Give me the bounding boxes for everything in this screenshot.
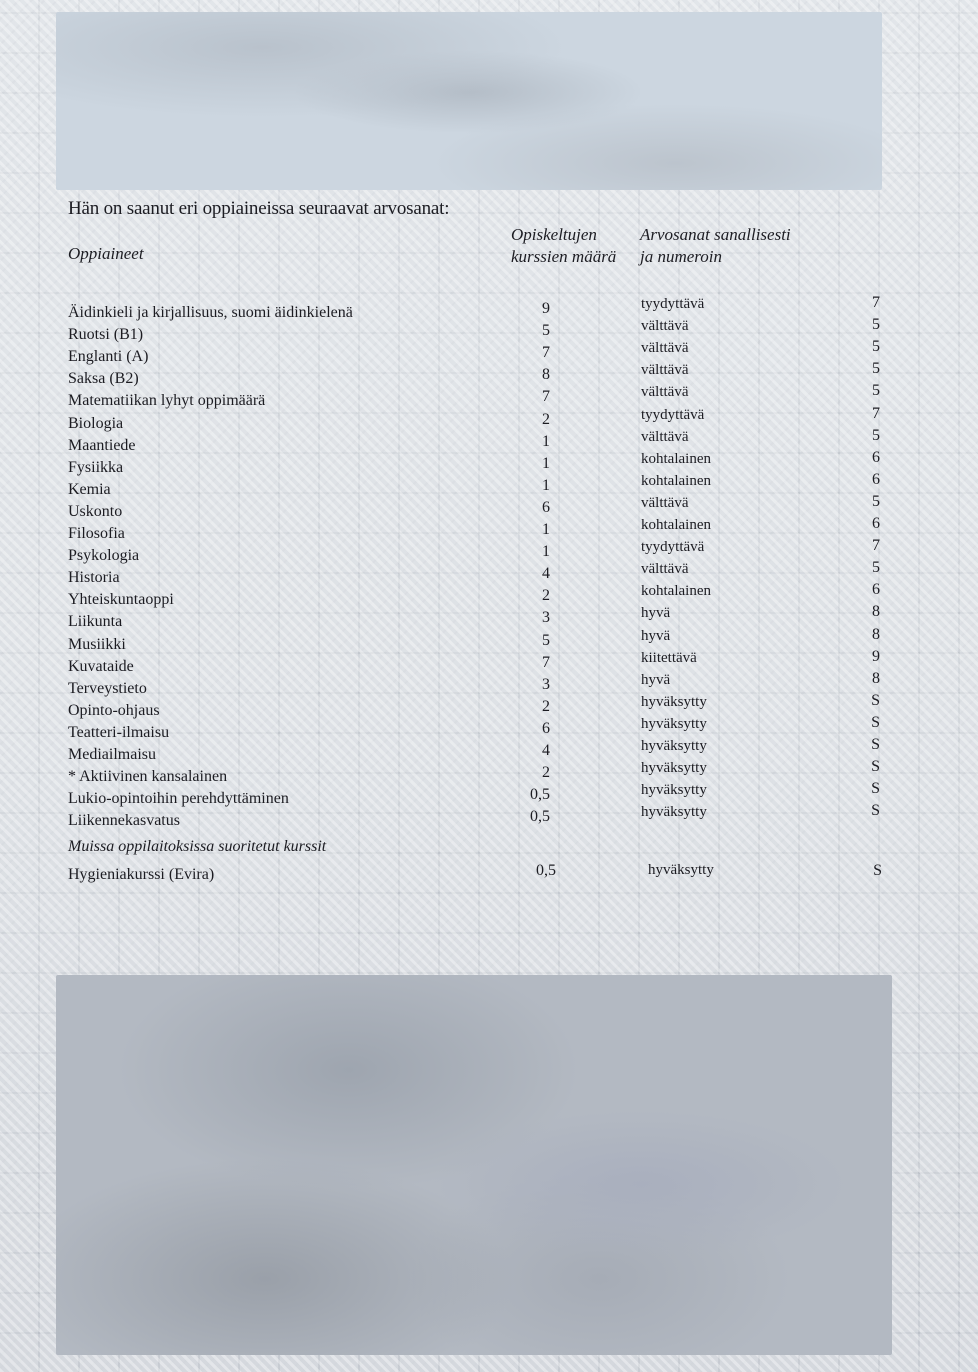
table-row: Matematiikan lyhyt oppimäärä7välttävä5: [0, 388, 978, 410]
subject-name: Biologia: [68, 415, 123, 433]
column-header-grades-line1: Arvosanat sanallisesti: [640, 224, 791, 246]
subject-name: Liikennekasvatus: [68, 812, 180, 830]
grade-word: välttävä: [641, 561, 688, 578]
course-count: 0,5: [500, 786, 550, 804]
grade-word: kohtalainen: [641, 451, 711, 468]
table-row: Biologia2tyydyttävä7: [0, 411, 978, 433]
course-count: 7: [500, 388, 550, 406]
subject-name: Historia: [68, 569, 120, 587]
grade-word: hyväksytty: [648, 862, 714, 879]
course-count: 5: [500, 322, 550, 340]
course-count: 6: [500, 499, 550, 517]
grade-word: tyydyttävä: [641, 296, 704, 313]
subject-name: * Aktiivinen kansalainen: [68, 768, 227, 786]
grade-word: kohtalainen: [641, 517, 711, 534]
course-count: 7: [500, 344, 550, 362]
grade-word: hyväksytty: [641, 760, 707, 777]
subject-name: Saksa (B2): [68, 370, 139, 388]
table-row: Kuvataide7kiitettävä9: [0, 654, 978, 676]
grade-word: kohtalainen: [641, 583, 711, 600]
grade-number: 5: [840, 493, 880, 511]
course-count: 5: [500, 632, 550, 650]
course-count: 1: [500, 543, 550, 561]
grade-number: S: [840, 692, 880, 710]
grade-number: 5: [840, 360, 880, 378]
grade-number: 7: [840, 537, 880, 555]
redacted-header-region: [56, 12, 882, 190]
subject-name: Terveystieto: [68, 680, 147, 698]
subject-name: Liikunta: [68, 613, 122, 631]
table-row: Maantiede1välttävä5: [0, 433, 978, 455]
course-count: 7: [500, 654, 550, 672]
grade-word: välttävä: [641, 384, 688, 401]
table-row: Opinto-ohjaus2hyväksyttyS: [0, 698, 978, 720]
table-row: Uskonto6välttävä5: [0, 499, 978, 521]
grade-number: 7: [840, 294, 880, 312]
subject-name: Mediailmaisu: [68, 746, 156, 764]
course-count: 2: [500, 587, 550, 605]
column-header-grades: Arvosanat sanallisesti ja numeroin: [640, 224, 791, 268]
course-count: 4: [500, 742, 550, 760]
grade-number: 6: [840, 471, 880, 489]
subject-name: Yhteiskuntaoppi: [68, 591, 174, 609]
grade-word: välttävä: [641, 362, 688, 379]
grade-word: hyväksytty: [641, 804, 707, 821]
grade-number: 7: [840, 405, 880, 423]
grade-word: hyväksytty: [641, 782, 707, 799]
grade-word: tyydyttävä: [641, 407, 704, 424]
grade-word: välttävä: [641, 429, 688, 446]
table-row: Englanti (A)7välttävä5: [0, 344, 978, 366]
course-count: 2: [500, 411, 550, 429]
table-row: Psykologia1tyydyttävä7: [0, 543, 978, 565]
course-count: 2: [500, 698, 550, 716]
grade-word: hyväksytty: [641, 716, 707, 733]
subject-name: Lukio-opintoihin perehdyttäminen: [68, 790, 289, 808]
subject-name: Matematiikan lyhyt oppimäärä: [68, 392, 265, 410]
grade-number: 6: [840, 515, 880, 533]
grade-word: välttävä: [641, 318, 688, 335]
table-row: * Aktiivinen kansalainen2hyväksyttyS: [0, 764, 978, 786]
grade-word: hyvä: [641, 628, 670, 645]
subject-name: Ruotsi (B1): [68, 326, 143, 344]
course-count: 3: [500, 609, 550, 627]
column-header-subject: Oppiaineet: [68, 243, 144, 265]
subject-name: Äidinkieli ja kirjallisuus, suomi äidink…: [68, 304, 353, 322]
column-header-courses-line1: Opiskeltujen: [511, 224, 616, 246]
table-row: Liikennekasvatus0,5hyväksyttyS: [0, 808, 978, 830]
other-institutions-label: Muissa oppilaitoksissa suoritetut kurssi…: [68, 838, 326, 856]
table-row: Historia4välttävä5: [0, 565, 978, 587]
table-row: Yhteiskuntaoppi2kohtalainen6: [0, 587, 978, 609]
course-count: 1: [500, 433, 550, 451]
subject-name: Musiikki: [68, 636, 126, 654]
course-count: 1: [500, 455, 550, 473]
subject-name: Uskonto: [68, 503, 122, 521]
grade-word: hyvä: [641, 605, 670, 622]
table-row: Mediailmaisu4hyväksyttyS: [0, 742, 978, 764]
table-row: Ruotsi (B1)5välttävä5: [0, 322, 978, 344]
grade-word: kohtalainen: [641, 473, 711, 490]
subject-name: Englanti (A): [68, 348, 148, 366]
course-count: 4: [500, 565, 550, 583]
grade-number: 5: [840, 559, 880, 577]
grade-word: hyväksytty: [641, 738, 707, 755]
column-header-courses: Opiskeltujen kurssien määrä: [511, 224, 616, 268]
course-count: 9: [500, 300, 550, 318]
course-count: 3: [500, 676, 550, 694]
grade-number: S: [840, 780, 880, 798]
table-row: Musiikki5hyvä8: [0, 632, 978, 654]
grade-number: 5: [840, 427, 880, 445]
table-row: Saksa (B2)8välttävä5: [0, 366, 978, 388]
column-header-grades-line2: ja numeroin: [640, 246, 791, 268]
table-row: Liikunta3hyvä8: [0, 609, 978, 631]
course-count: 1: [500, 521, 550, 539]
table-row: Äidinkieli ja kirjallisuus, suomi äidink…: [0, 300, 978, 322]
grade-number: 8: [840, 603, 880, 621]
grade-number: S: [840, 736, 880, 754]
course-count: 0,5: [500, 808, 550, 826]
grade-number: 8: [840, 670, 880, 688]
table-row: Fysiikka1kohtalainen6: [0, 455, 978, 477]
grade-number: S: [840, 802, 880, 820]
subject-name: Opinto-ohjaus: [68, 702, 160, 720]
grade-number: S: [840, 714, 880, 732]
grade-number: 5: [840, 316, 880, 334]
grade-number: S: [840, 758, 880, 776]
subject-name: Filosofia: [68, 525, 125, 543]
grade-word: hyvä: [641, 672, 670, 689]
subject-name: Kuvataide: [68, 658, 134, 676]
grade-word: kiitettävä: [641, 650, 697, 667]
table-row: Filosofia1kohtalainen6: [0, 521, 978, 543]
subject-name: Maantiede: [68, 437, 136, 455]
subject-name: Hygieniakurssi (Evira): [68, 866, 214, 884]
grade-word: tyydyttävä: [641, 539, 704, 556]
table-row: Kemia1kohtalainen6: [0, 477, 978, 499]
column-header-courses-line2: kurssien määrä: [511, 246, 616, 268]
grade-word: hyväksytty: [641, 694, 707, 711]
intro-text: Hän on saanut eri oppiaineissa seuraavat…: [68, 198, 449, 220]
subject-name: Teatteri-ilmaisu: [68, 724, 169, 742]
course-count: 1: [500, 477, 550, 495]
grade-number: 9: [840, 648, 880, 666]
grade-number: 5: [840, 382, 880, 400]
table-row: Terveystieto3hyvä8: [0, 676, 978, 698]
course-count: 0,5: [500, 862, 556, 880]
course-count: 2: [500, 764, 550, 782]
subject-name: Kemia: [68, 481, 111, 499]
course-count: 6: [500, 720, 550, 738]
grade-word: välttävä: [641, 495, 688, 512]
course-count: 8: [500, 366, 550, 384]
table-row: Teatteri-ilmaisu6hyväksyttyS: [0, 720, 978, 742]
grade-number: 6: [840, 449, 880, 467]
grade-number: 5: [840, 338, 880, 356]
subject-name: Psykologia: [68, 547, 139, 565]
redacted-signature-region: [56, 975, 892, 1355]
grade-number: 6: [840, 581, 880, 599]
grade-number: S: [840, 862, 882, 880]
grade-number: 8: [840, 626, 880, 644]
grade-word: välttävä: [641, 340, 688, 357]
subject-name: Fysiikka: [68, 459, 123, 477]
table-row: Lukio-opintoihin perehdyttäminen0,5hyväk…: [0, 786, 978, 808]
